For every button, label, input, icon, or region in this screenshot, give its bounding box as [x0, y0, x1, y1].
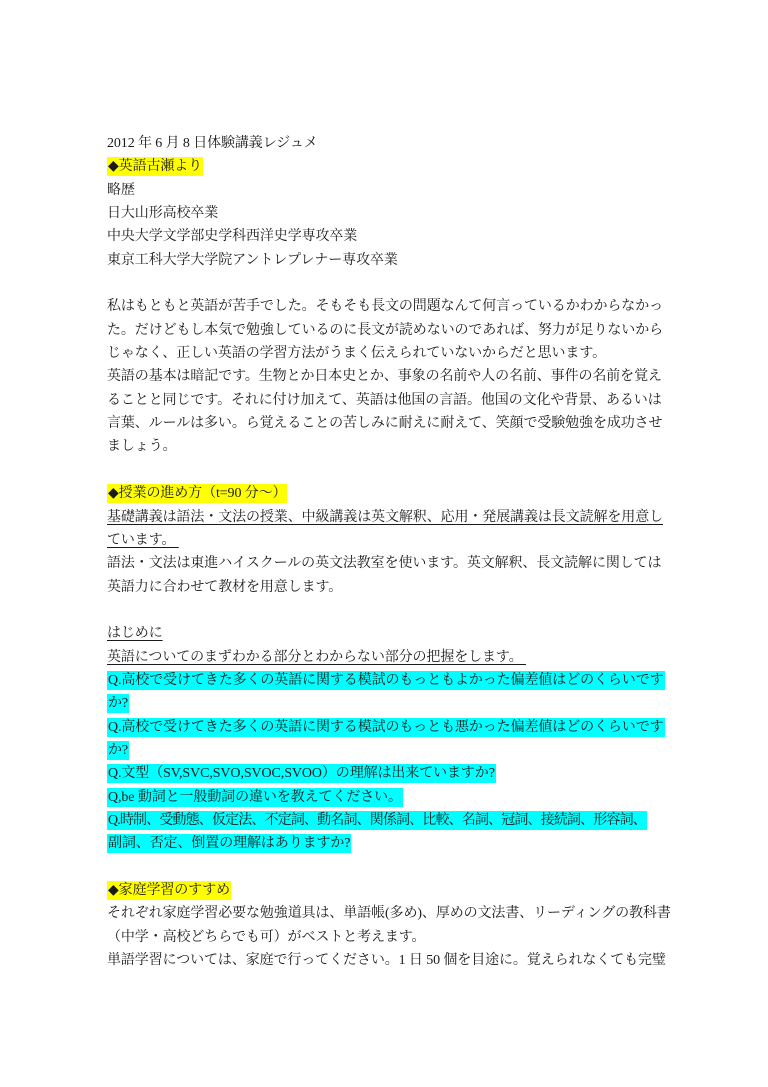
section-heading-highlight: ◆英語古瀬より — [107, 157, 203, 176]
doc-text: 略歴 — [107, 183, 135, 198]
doc-line: 2012 年 6 月 8 日体験講義レジュメ — [107, 132, 663, 155]
doc-blank-line — [107, 856, 663, 879]
question-highlight: 副詞、否定、倒置の理解はありますか? — [107, 834, 351, 853]
document-body: 2012 年 6 月 8 日体験講義レジュメ◆英語古瀬より略歴日大山形高校卒業中… — [107, 132, 663, 972]
doc-line: 英語の基本は暗記です。生物とか日本史とか、事象の名前や人の名前、事件の名前を覚え — [107, 365, 663, 388]
doc-line: 略歴 — [107, 179, 663, 202]
doc-line: Q,be 動詞と一般動詞の違いを教えてください。 — [107, 786, 663, 809]
question-highlight: Q.高校で受けてきた多くの英語に関する模試のもっとも悪かった偏差値はどのくらいで… — [107, 718, 665, 737]
doc-text: 英語の基本は暗記です。生物とか日本史とか、事象の名前や人の名前、事件の名前を覚え — [107, 369, 662, 384]
doc-text: 東京工科大学大学院アントレプレナー専攻卒業 — [107, 253, 398, 268]
underlined-text: はじめに — [107, 626, 163, 641]
doc-line: か? — [107, 739, 663, 762]
doc-text: じゃなく、正しい英語の学習方法がうまく伝えられていないからだと思います。 — [107, 346, 606, 361]
doc-line: ましょう。 — [107, 435, 663, 458]
question-highlight: Q.高校で受けてきた多くの英語に関する模試のもっともよかった偏差値はどのくらいで… — [107, 671, 665, 690]
doc-line: 中央大学文学部史学科西洋史学専攻卒業 — [107, 225, 663, 248]
section-heading-highlight: ◆授業の進め方（t=90 分～） — [107, 484, 287, 503]
doc-line: 副詞、否定、倒置の理解はありますか? — [107, 832, 663, 855]
doc-text: 語法・文法は東進ハイスクールの英文法教室を使います。英文解釈、長文読解に関しては — [107, 556, 661, 571]
doc-line: 英語についてのまずわかる部分とわからない部分の把握をします。 — [107, 646, 663, 669]
doc-blank-line — [107, 459, 663, 482]
doc-line: 日大山形高校卒業 — [107, 202, 663, 225]
doc-text: 中央大学文学部史学科西洋史学専攻卒業 — [107, 229, 357, 244]
question-highlight: Q.文型（SV,SVC,SVO,SVOC,SVOO）の理解は出来ていますか? — [107, 764, 496, 783]
doc-text: （中学・高校どちらでも可）がベストと考えます。 — [107, 930, 425, 945]
doc-text: ましょう。 — [107, 439, 177, 454]
doc-line: 私はもともと英語が苦手でした。そもそも長文の問題なんて何言っているかわからなかっ — [107, 295, 663, 318]
section-heading-highlight: ◆家庭学習のすすめ — [107, 881, 231, 900]
doc-line: ◆授業の進め方（t=90 分～） — [107, 482, 663, 505]
doc-text: ることと同じです。それに付け加えて、英語は他国の言語。他国の文化や背景、あるいは — [107, 393, 662, 408]
doc-line: 東京工科大学大学院アントレプレナー専攻卒業 — [107, 249, 663, 272]
doc-line: はじめに — [107, 622, 663, 645]
doc-line: 英語力に合わせて教材を用意します。 — [107, 576, 663, 599]
doc-line: じゃなく、正しい英語の学習方法がうまく伝えられていないからだと思います。 — [107, 342, 663, 365]
doc-line: Q.高校で受けてきた多くの英語に関する模試のもっとも悪かった偏差値はどのくらいで… — [107, 716, 663, 739]
doc-text: 2012 年 6 月 8 日体験講義レジュメ — [107, 136, 318, 151]
doc-line: （中学・高校どちらでも可）がベストと考えます。 — [107, 926, 663, 949]
doc-line: 単語学習については、家庭で行ってください。1 日 50 個を目途に。覚えられなく… — [107, 949, 663, 972]
doc-line: た。だけどもし本気で勉強しているのに長文が読めないのであれば、努力が足りないから — [107, 319, 663, 342]
doc-line: それぞれ家庭学習必要な勉強道具は、単語帳(多め)、厚めの文法書、リーディングの教… — [107, 902, 663, 925]
doc-line: ◆英語古瀬より — [107, 155, 663, 178]
underlined-text: 英語についてのまずわかる部分とわからない部分の把握をします。 — [107, 650, 526, 665]
doc-line: Q.文型（SV,SVC,SVO,SVOC,SVOO）の理解は出来ていますか? — [107, 762, 663, 785]
doc-text: 言葉、ルールは多い。ら覚えることの苦しみに耐えに耐えて、笑顔で受験勉強を成功させ — [107, 416, 662, 431]
doc-line: Q.高校で受けてきた多くの英語に関する模試のもっともよかった偏差値はどのくらいで… — [107, 669, 663, 692]
doc-line: 言葉、ルールは多い。ら覚えることの苦しみに耐えに耐えて、笑顔で受験勉強を成功させ — [107, 412, 663, 435]
doc-text: た。だけどもし本気で勉強しているのに長文が読めないのであれば、努力が足りないから — [107, 323, 663, 338]
underlined-text: 基礎講義は語法・文法の授業、中級講義は英文解釈、応用・発展講義は長文読解を用意し — [107, 510, 663, 525]
underlined-text: ています。 — [107, 533, 179, 548]
document-page: 2012 年 6 月 8 日体験講義レジュメ◆英語古瀬より略歴日大山形高校卒業中… — [0, 0, 768, 1087]
doc-text: 私はもともと英語が苦手でした。そもそも長文の問題なんて何言っているかわからなかっ — [107, 299, 663, 314]
question-highlight: Q.時制、受動態、仮定法、不定詞、動名詞、関係詞、比較、名詞、冠詞、接続詞、形容… — [107, 811, 647, 830]
doc-text: それぞれ家庭学習必要な勉強道具は、単語帳(多め)、厚めの文法書、リーディングの教… — [107, 906, 671, 921]
doc-blank-line — [107, 272, 663, 295]
doc-line: ることと同じです。それに付け加えて、英語は他国の言語。他国の文化や背景、あるいは — [107, 389, 663, 412]
question-highlight: か? — [107, 694, 129, 713]
doc-text: 単語学習については、家庭で行ってください。1 日 50 個を目途に。覚えられなく… — [107, 953, 666, 968]
doc-line: ています。 — [107, 529, 663, 552]
doc-line: ◆家庭学習のすすめ — [107, 879, 663, 902]
doc-line: Q.時制、受動態、仮定法、不定詞、動名詞、関係詞、比較、名詞、冠詞、接続詞、形容… — [107, 809, 663, 832]
doc-text: 日大山形高校卒業 — [107, 206, 218, 221]
doc-text: 英語力に合わせて教材を用意します。 — [107, 580, 342, 595]
question-highlight: Q,be 動詞と一般動詞の違いを教えてください。 — [107, 788, 403, 807]
doc-line: 基礎講義は語法・文法の授業、中級講義は英文解釈、応用・発展講義は長文読解を用意し — [107, 506, 663, 529]
doc-line: か? — [107, 692, 663, 715]
question-highlight: か? — [107, 741, 129, 760]
doc-line: 語法・文法は東進ハイスクールの英文法教室を使います。英文解釈、長文読解に関しては — [107, 552, 663, 575]
doc-blank-line — [107, 599, 663, 622]
